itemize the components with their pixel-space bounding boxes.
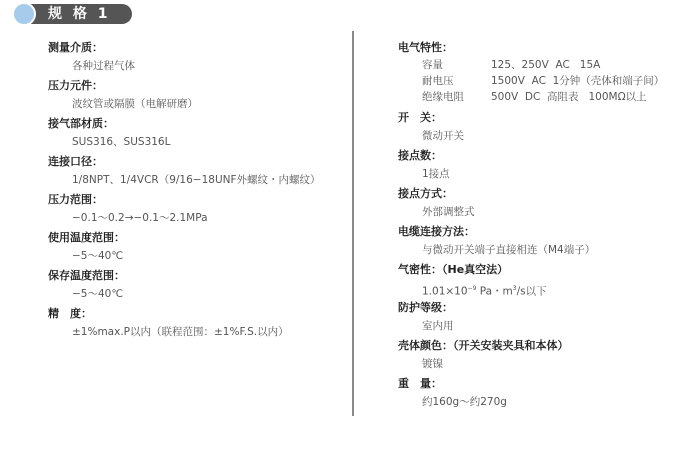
spec-value: 微动开关 [398,127,664,146]
spec-value: 1.01×10−9 Pa・m3/s以下 [398,279,664,298]
spec-item-contacts: 接点数： 1接点 [398,146,664,184]
spec-label: 测量介质： [48,38,321,57]
spec-item-electrical: 电气特性： 容量 125、250V AC 15A 耐电压 1500V AC 1分… [398,38,664,108]
spec-label: 电气特性： [398,38,664,57]
spec-value: 各种过程气体 [48,57,321,76]
spec-item-storage-temp: 保存温度范围： −5～40℃ [48,266,321,304]
spec-item-medium: 测量介质： 各种过程气体 [48,38,321,76]
spec-label: 保存温度范围： [48,266,321,285]
spec-item-airtightness: 气密性：（He真空法） 1.01×10−9 Pa・m3/s以下 [398,260,664,298]
spec-item-weight: 重 量： 约160g～约270g [398,374,664,412]
electrical-key: 耐电压 [422,73,491,89]
spec-label: 精 度： [48,304,321,323]
electrical-value: 1500V AC 1分钟（壳体和端子间） [491,73,664,89]
spec-label: 使用温度范围： [48,228,321,247]
spec-value: 外部调整式 [398,203,664,222]
spec-label: 开 关： [398,108,664,127]
spec-value: 1/8NPT、1/4VCR（9/16−18UNF外螺纹・内螺纹） [48,171,321,190]
spec-label: 接气部材质： [48,114,321,133]
spec-label: 防护等级： [398,298,664,317]
electrical-value: 500V DC 高阻表 100MΩ以上 [491,89,647,108]
spec-item-cable-connection: 电缆连接方法： 与微动开关端子直接相连（M4端子） [398,222,664,260]
spec-item-housing-color: 壳体颜色：（开关安装夹具和本体） 镀镍 [398,336,664,374]
spec-item-switch: 开 关： 微动开关 [398,108,664,146]
spec-item-accuracy: 精 度： ±1%max.P以内（联程范围：±1%F.S.以内） [48,304,321,342]
electrical-row-capacity: 容量 125、250V AC 15A [398,57,664,73]
right-column: 电气特性： 容量 125、250V AC 15A 耐电压 1500V AC 1分… [398,38,664,412]
spec-value: 约160g～约270g [398,393,664,412]
spec-label: 压力元件： [48,76,321,95]
electrical-row-insulation: 绝缘电阻 500V DC 高阻表 100MΩ以上 [398,89,664,108]
left-column: 测量介质： 各种过程气体 压力元件： 波纹管或隔膜（电解研磨） 接气部材质： S… [48,38,321,342]
spec-value: −0.1～0.2→−0.1～2.1MPa [48,209,321,228]
spec-item-connection-size: 连接口径： 1/8NPT、1/4VCR（9/16−18UNF外螺纹・内螺纹） [48,152,321,190]
spec-value: 波纹管或隔膜（电解研磨） [48,95,321,114]
column-divider [352,31,354,416]
spec-label: 接点数： [398,146,664,165]
spec-item-pressure-range: 压力范围： −0.1～0.2→−0.1～2.1MPa [48,190,321,228]
spec-label: 壳体颜色：（开关安装夹具和本体） [398,336,664,355]
page-title: 规 格 1 [48,4,111,24]
leak-rate-suffix: /s以下 [517,286,547,298]
leak-rate-base: 1.01×10 [422,286,468,298]
spec-value: 与微动开关端子直接相连（M4端子） [398,241,664,260]
spec-value: 室内用 [398,317,664,336]
spec-label: 气密性：（He真空法） [398,260,664,279]
spec-item-pressure-element: 压力元件： 波纹管或隔膜（电解研磨） [48,76,321,114]
spec-label: 重 量： [398,374,664,393]
electrical-key: 绝缘电阻 [422,89,491,108]
electrical-row-withstand-voltage: 耐电压 1500V AC 1分钟（壳体和端子间） [398,73,664,89]
electrical-value: 125、250V AC 15A [491,57,600,73]
spec-item-protection: 防护等级： 室内用 [398,298,664,336]
electrical-key: 容量 [422,57,491,73]
spec-value: −5～40℃ [48,285,321,304]
spec-label: 电缆连接方法： [398,222,664,241]
spec-value: ±1%max.P以内（联程范围：±1%F.S.以内） [48,323,321,342]
spec-label: 压力范围： [48,190,321,209]
spec-value: 1接点 [398,165,664,184]
circle-icon [12,2,36,26]
spec-item-contact-type: 接点方式： 外部调整式 [398,184,664,222]
spec-label: 接点方式： [398,184,664,203]
spec-value: 镀镍 [398,355,664,374]
spec-item-wetted-material: 接气部材质： SUS316、SUS316L [48,114,321,152]
spec-label: 连接口径： [48,152,321,171]
leak-rate-unit: Pa・m [476,286,512,298]
spec-value: −5～40℃ [48,247,321,266]
spec-value: SUS316、SUS316L [48,133,321,152]
spec-item-operating-temp: 使用温度范围： −5～40℃ [48,228,321,266]
